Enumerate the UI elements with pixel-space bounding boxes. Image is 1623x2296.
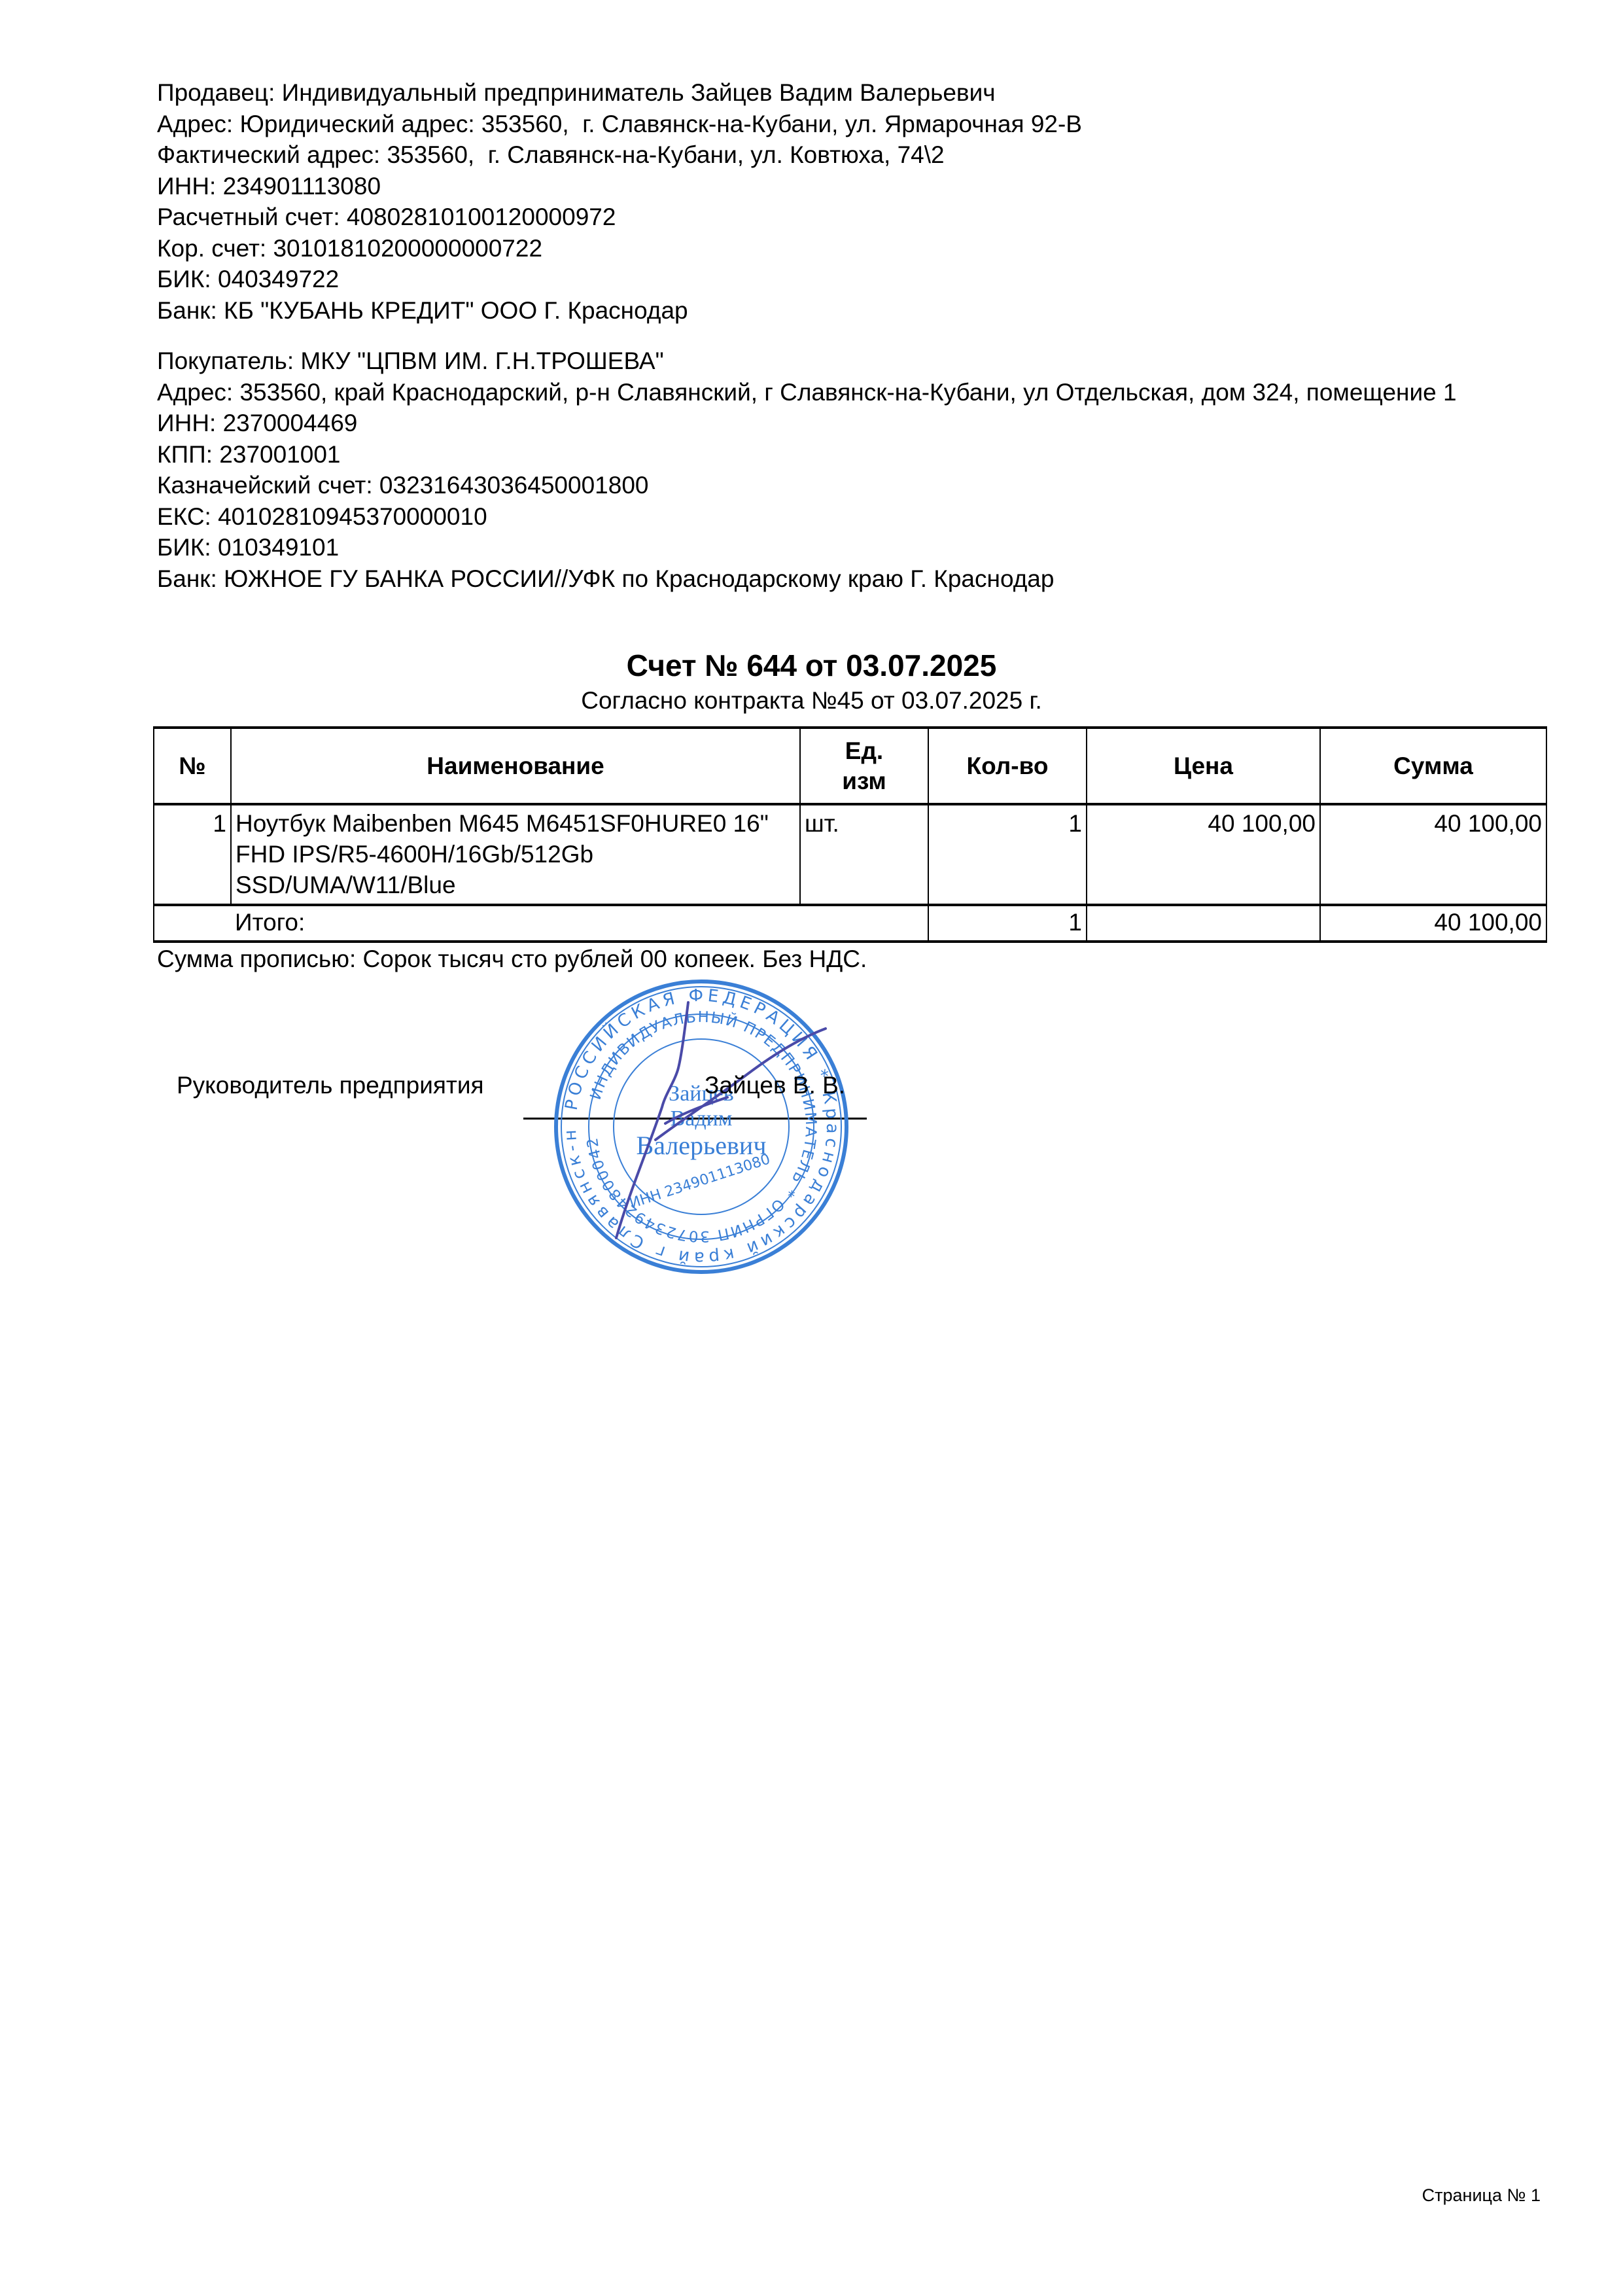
stamp-center-line3: Валерьевич	[637, 1131, 767, 1160]
seller-actual-address: Фактический адрес: 353560, г. Славянск-н…	[157, 139, 1082, 171]
signature-label: Руководитель предприятия	[177, 1072, 484, 1099]
row-sum: 40 100,00	[1320, 804, 1546, 905]
stamp-outer-ring-inner	[561, 987, 841, 1267]
table-header-row: № Наименование Ед. изм Кол-во Цена Сумма	[154, 728, 1546, 804]
total-price	[1087, 905, 1320, 942]
page-number: Страница № 1	[1422, 2185, 1541, 2206]
header-unit: Ед. изм	[800, 728, 928, 804]
row-num: 1	[154, 804, 231, 905]
company-stamp: РОССИЙСКАЯ ФЕДЕРАЦИЯ * Краснодарский кра…	[551, 976, 852, 1277]
header-unit-line1: Ед.	[805, 736, 924, 766]
table-row: 1 Ноутбук Maibenben M645 M6451SF0HURE0 1…	[154, 804, 1546, 905]
total-qty: 1	[928, 905, 1087, 942]
seller-account: Расчетный счет: 40802810100120000972	[157, 202, 1082, 233]
total-label: Итого:	[231, 905, 928, 942]
buyer-name: Покупатель: МКУ "ЦПВМ ИМ. Г.Н.ТРОШЕВА"	[157, 345, 1492, 377]
header-unit-line2: изм	[805, 766, 924, 796]
row-unit: шт.	[800, 804, 928, 905]
seller-legal-address: Адрес: Юридический адрес: 353560, г. Сла…	[157, 109, 1082, 140]
buyer-eks: ЕКС: 40102810945370000010	[157, 501, 1492, 533]
seller-details: Продавец: Индивидуальный предприниматель…	[157, 77, 1082, 326]
total-sum: 40 100,00	[1320, 905, 1546, 942]
invoice-subtitle: Согласно контракта №45 от 03.07.2025 г.	[0, 687, 1623, 715]
handwritten-signature	[616, 1002, 826, 1238]
buyer-treasury-account: Казначейский счет: 03231643036450001800	[157, 470, 1492, 501]
buyer-bank: Банк: ЮЖНОЕ ГУ БАНКА РОССИИ//УФК по Крас…	[157, 563, 1492, 595]
buyer-address: Адрес: 353560, край Краснодарский, р-н С…	[157, 377, 1492, 408]
row-name: Ноутбук Maibenben M645 M6451SF0HURE0 16"…	[231, 804, 800, 905]
invoice-page: Продавец: Индивидуальный предприниматель…	[0, 0, 1623, 2296]
buyer-kpp: КПП: 237001001	[157, 439, 1492, 470]
stamp-inn-text: ИНН 234901113080	[627, 1151, 772, 1212]
buyer-inn: ИНН: 2370004469	[157, 408, 1492, 439]
stamp-middle-ring	[589, 1014, 814, 1239]
buyer-details: Покупатель: МКУ "ЦПВМ ИМ. Г.Н.ТРОШЕВА" А…	[157, 345, 1492, 594]
header-name: Наименование	[231, 728, 800, 804]
total-spacer	[154, 905, 231, 942]
signature-name: Зайцев В. В.	[705, 1072, 845, 1099]
invoice-title: Счет № 644 от 03.07.2025	[0, 648, 1623, 683]
stamp-inner-ring	[614, 1039, 789, 1214]
items-table: № Наименование Ед. изм Кол-во Цена Сумма…	[153, 726, 1547, 943]
seller-corr-account: Кор. счет: 30101810200000000722	[157, 233, 1082, 264]
buyer-bik: БИК: 010349101	[157, 532, 1492, 563]
seller-bank: Банк: КБ "КУБАНЬ КРЕДИТ" ООО Г. Краснода…	[157, 295, 1082, 327]
seller-bik: БИК: 040349722	[157, 264, 1082, 295]
stamp-outer-text: РОССИЙСКАЯ ФЕДЕРАЦИЯ * Краснодарский кра…	[551, 976, 842, 1267]
row-qty: 1	[928, 804, 1087, 905]
header-qty: Кол-во	[928, 728, 1087, 804]
seller-inn: ИНН: 234901113080	[157, 171, 1082, 202]
signature-line	[523, 1118, 867, 1120]
amount-in-words: Сумма прописью: Сорок тысяч сто рублей 0…	[157, 944, 867, 975]
header-num: №	[154, 728, 231, 804]
header-sum: Сумма	[1320, 728, 1546, 804]
header-price: Цена	[1087, 728, 1320, 804]
stamp-inner-text: ИНДИВИДУАЛЬНЫЙ ПРЕДПРИНИМАТЕЛЬ * ОГРНИП …	[551, 976, 819, 1245]
seller-name: Продавец: Индивидуальный предприниматель…	[157, 77, 1082, 109]
table-total-row: Итого: 1 40 100,00	[154, 905, 1546, 942]
stamp-outer-ring	[556, 981, 846, 1272]
row-price: 40 100,00	[1087, 804, 1320, 905]
